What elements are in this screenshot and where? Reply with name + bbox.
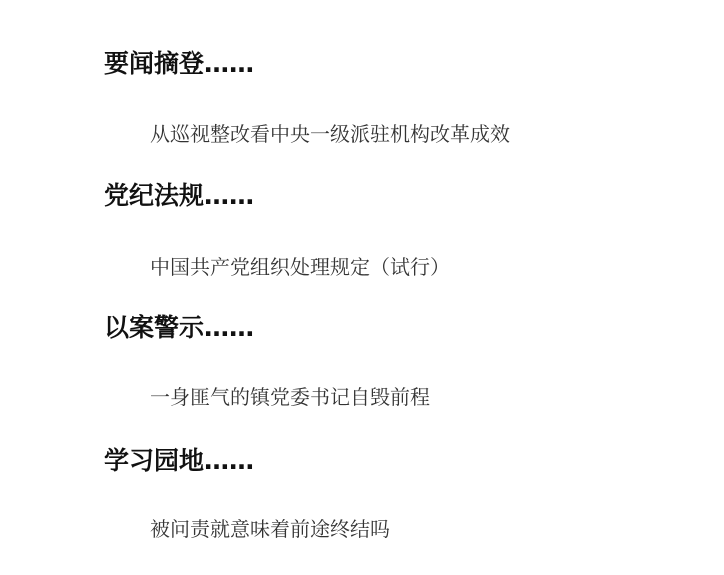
section-item-link[interactable]: 中国共产党组织处理规定（试行）: [150, 254, 450, 280]
section-item-link[interactable]: 一身匪气的镇党委书记自毁前程: [150, 384, 430, 410]
section-item-link[interactable]: 被问责就意味着前途终结吗: [150, 516, 390, 542]
section-heading-case-warning: 以案警示……: [104, 312, 254, 344]
section-heading-study-corner: 学习园地……: [104, 445, 254, 477]
section-heading-news-digest: 要闻摘登……: [104, 48, 254, 80]
section-item-link[interactable]: 从巡视整改看中央一级派驻机构改革成效: [150, 121, 510, 147]
section-heading-party-regulations: 党纪法规……: [104, 180, 254, 212]
